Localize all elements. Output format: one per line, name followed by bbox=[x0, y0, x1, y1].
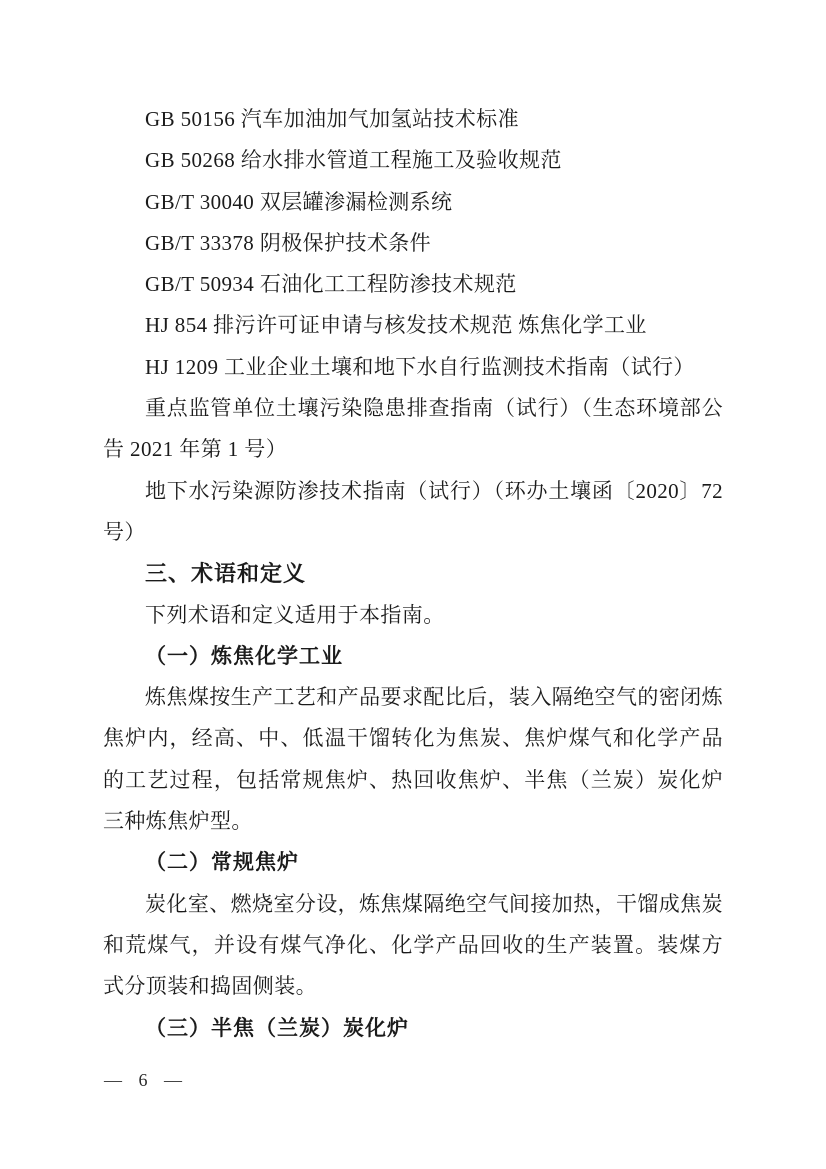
section-heading-terms-and-definitions: 三、术语和定义 bbox=[103, 553, 723, 594]
page-footer: — 6 — bbox=[104, 1066, 188, 1094]
standard-reference-1: GB 50156 汽车加油加气加氢站技术标准 bbox=[103, 99, 723, 140]
standard-reference-4: GB/T 33378 阴极保护技术条件 bbox=[103, 223, 723, 264]
document-page: GB 50156 汽车加油加气加氢站技术标准 GB 50268 给水排水管道工程… bbox=[0, 0, 826, 1169]
terms-intro: 下列术语和定义适用于本指南。 bbox=[103, 595, 723, 636]
standard-reference-7: HJ 1209 工业企业土壤和地下水自行监测技术指南（试行） bbox=[103, 347, 723, 388]
term-heading-semi-coke-carbonization-furnace: （三）半焦（兰炭）炭化炉 bbox=[103, 1008, 723, 1049]
term-heading-conventional-coke-oven: （二）常规焦炉 bbox=[103, 842, 723, 883]
term-definition-conventional-coke-oven: 炭化室、燃烧室分设，炼焦煤隔绝空气间接加热，干馏成焦炭和荒煤气，并设有煤气净化、… bbox=[103, 884, 723, 1008]
standard-reference-9: 地下水污染源防渗技术指南（试行）（环办土壤函〔2020〕72 号） bbox=[103, 471, 723, 554]
page-number: — 6 — bbox=[104, 1070, 188, 1090]
standard-reference-2: GB 50268 给水排水管道工程施工及验收规范 bbox=[103, 140, 723, 181]
document-body: GB 50156 汽车加油加气加氢站技术标准 GB 50268 给水排水管道工程… bbox=[103, 99, 723, 1049]
standard-reference-3: GB/T 30040 双层罐渗漏检测系统 bbox=[103, 182, 723, 223]
standard-reference-5: GB/T 50934 石油化工工程防渗技术规范 bbox=[103, 264, 723, 305]
standard-reference-6: HJ 854 排污许可证申请与核发技术规范 炼焦化学工业 bbox=[103, 305, 723, 346]
term-definition-coking-chemical-industry: 炼焦煤按生产工艺和产品要求配比后，装入隔绝空气的密闭炼焦炉内，经高、中、低温干馏… bbox=[103, 677, 723, 842]
standard-reference-8: 重点监管单位土壤污染隐患排查指南（试行）（生态环境部公告 2021 年第 1 号… bbox=[103, 388, 723, 471]
term-heading-coking-chemical-industry: （一）炼焦化学工业 bbox=[103, 636, 723, 677]
